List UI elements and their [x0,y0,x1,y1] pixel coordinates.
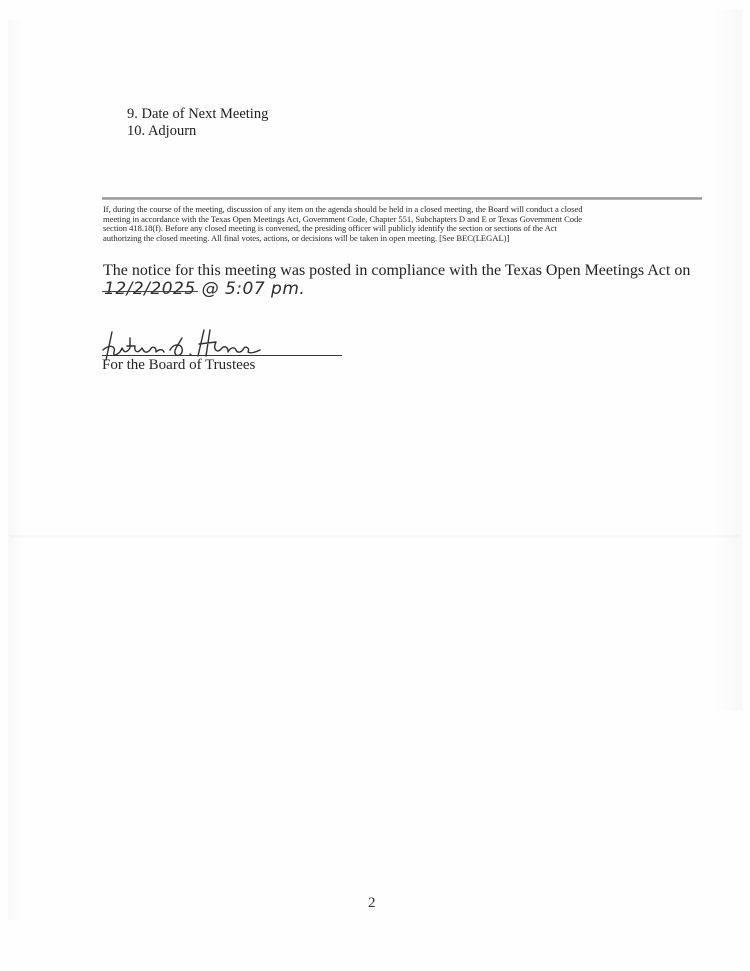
posting-notice: The notice for this meeting was posted i… [103,262,690,280]
agenda-item-adjourn: 10. Adjourn [127,123,268,140]
section-divider [102,197,702,200]
disclaimer-line: authorizing the closed meeting. All fina… [103,234,703,244]
page-number: 2 [368,895,376,912]
closed-meeting-disclaimer: If, during the course of the meeting, di… [103,205,703,243]
signature-line [102,355,342,356]
agenda-item-date-of-next-meeting: 9. Date of Next Meeting [127,106,268,123]
handwritten-date-underline [102,291,198,292]
scan-artifact-right [712,10,742,710]
signature-caption: For the Board of Trustees [102,357,255,374]
scan-artifact-band [10,535,740,538]
document-page: 9. Date of Next Meeting 10. Adjourn If, … [0,0,750,971]
scan-artifact-left [8,20,26,920]
agenda-list: 9. Date of Next Meeting 10. Adjourn [127,106,268,140]
handwritten-posting-date: 12/2/2025 @ 5:07 pm. [104,279,305,299]
